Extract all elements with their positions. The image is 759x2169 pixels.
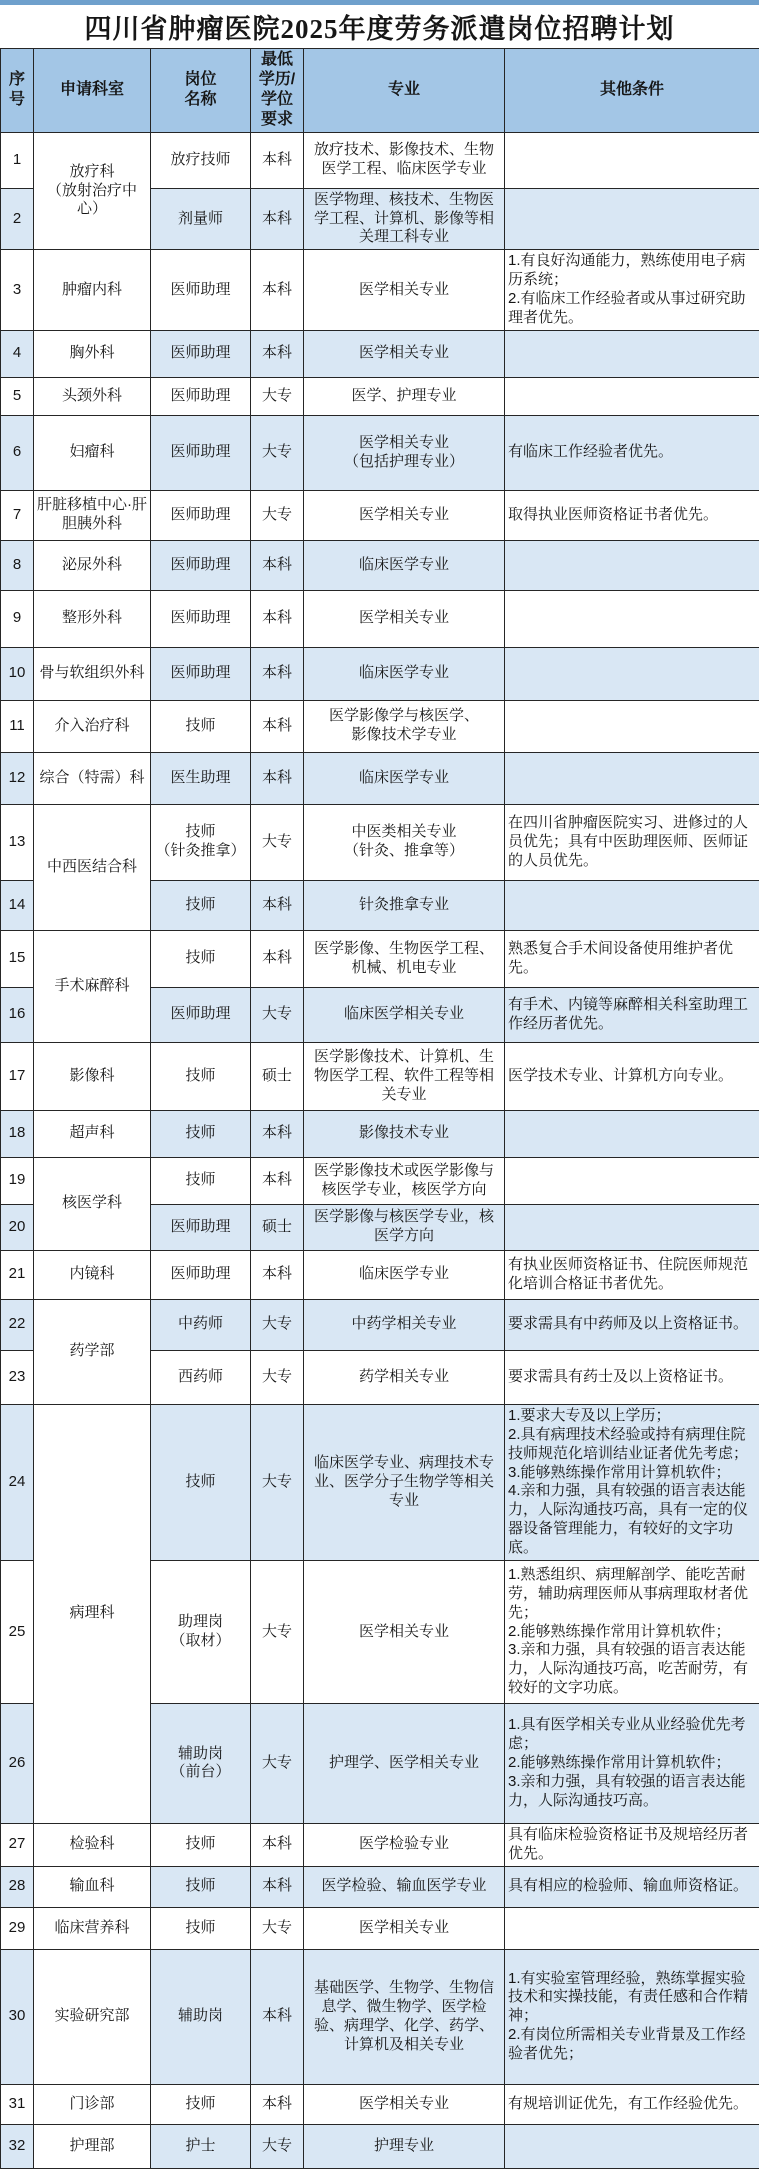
conditions-cell: [505, 1110, 759, 1157]
education-cell: 大专: [251, 415, 304, 490]
department-cell: 临床营养科: [34, 1907, 151, 1949]
row-number: 15: [1, 930, 34, 987]
department-cell: 整形外科: [34, 590, 151, 647]
table-row: 29临床营养科技师大专医学相关专业: [1, 1907, 759, 1949]
table-header: 序号 申请科室 岗位 名称 最低 学历/ 学位 要求 专业 其他条件: [1, 49, 759, 133]
row-number: 1: [1, 132, 34, 188]
department-cell: 肿瘤内科: [34, 250, 151, 331]
row-number: 4: [1, 330, 34, 377]
table-row: 1放疗科 （放射治疗中心）放疗技师本科放疗技术、影像技术、生物医学工程、临床医学…: [1, 132, 759, 188]
col-header-no: 序号: [1, 49, 34, 133]
conditions-cell: 1.要求大专及以上学历； 2.具有病理技术经验或持有病理住院技师规范化培训结业证…: [505, 1404, 759, 1560]
conditions-cell: 有临床工作经验者优先。: [505, 415, 759, 490]
education-cell: 硕士: [251, 1042, 304, 1110]
major-cell: 医学相关专业: [304, 1907, 505, 1949]
education-cell: 本科: [251, 1866, 304, 1907]
department-cell: 综合（特需）科: [34, 752, 151, 804]
major-cell: 针灸推拿专业: [304, 880, 505, 930]
recruitment-table: 序号 申请科室 岗位 名称 最低 学历/ 学位 要求 专业 其他条件 1放疗科 …: [0, 48, 759, 2169]
row-number: 23: [1, 1350, 34, 1404]
education-cell: 本科: [251, 880, 304, 930]
position-cell: 放疗技师: [151, 132, 251, 188]
position-cell: 医师助理: [151, 490, 251, 540]
row-number: 17: [1, 1042, 34, 1110]
position-cell: 技师: [151, 1907, 251, 1949]
position-cell: 医师助理: [151, 250, 251, 331]
row-number: 14: [1, 880, 34, 930]
conditions-cell: [505, 132, 759, 188]
conditions-cell: [505, 188, 759, 250]
position-cell: 技师: [151, 880, 251, 930]
table-row: 3肿瘤内科医师助理本科医学相关专业1.有良好沟通能力，熟练使用电子病历系统； 2…: [1, 250, 759, 331]
table-row: 6妇瘤科医师助理大专医学相关专业 （包括护理专业）有临床工作经验者优先。: [1, 415, 759, 490]
position-cell: 医师助理: [151, 540, 251, 590]
col-header-conditions: 其他条件: [505, 49, 759, 133]
major-cell: 医学影像技术、计算机、生物医学工程、软件工程等相关专业: [304, 1042, 505, 1110]
row-number: 10: [1, 647, 34, 700]
conditions-cell: [505, 377, 759, 415]
row-number: 32: [1, 2124, 34, 2168]
row-number: 27: [1, 1823, 34, 1866]
department-cell: 骨与软组织外科: [34, 647, 151, 700]
department-cell: 护理部: [34, 2124, 151, 2168]
position-cell: 剂量师: [151, 188, 251, 250]
conditions-cell: 要求需具有中药师及以上资格证书。: [505, 1299, 759, 1350]
major-cell: 医学影像学与核医学、 影像技术学专业: [304, 700, 505, 752]
education-cell: 本科: [251, 1949, 304, 2084]
education-cell: 大专: [251, 1907, 304, 1949]
row-number: 28: [1, 1866, 34, 1907]
major-cell: 临床医学专业: [304, 1250, 505, 1299]
department-cell: 放疗科 （放射治疗中心）: [34, 132, 151, 250]
conditions-cell: [505, 330, 759, 377]
major-cell: 医学相关专业 （包括护理专业）: [304, 415, 505, 490]
major-cell: 临床医学专业: [304, 752, 505, 804]
table-row: 21内镜科医师助理本科临床医学专业有执业医师资格证书、住院医师规范化培训合格证书…: [1, 1250, 759, 1299]
row-number: 2: [1, 188, 34, 250]
major-cell: 临床医学相关专业: [304, 987, 505, 1042]
department-cell: 头颈外科: [34, 377, 151, 415]
major-cell: 药学相关专业: [304, 1350, 505, 1404]
education-cell: 大专: [251, 1703, 304, 1823]
conditions-cell: [505, 880, 759, 930]
department-cell: 泌尿外科: [34, 540, 151, 590]
department-cell: 介入治疗科: [34, 700, 151, 752]
major-cell: 护理专业: [304, 2124, 505, 2168]
position-cell: 医生助理: [151, 752, 251, 804]
conditions-cell: 1.具有医学相关专业从业经验优先考虑； 2.能够熟练操作常用计算机软件； 3.亲…: [505, 1703, 759, 1823]
row-number: 24: [1, 1404, 34, 1560]
row-number: 12: [1, 752, 34, 804]
position-cell: 医师助理: [151, 647, 251, 700]
major-cell: 护理学、医学相关专业: [304, 1703, 505, 1823]
conditions-cell: [505, 1204, 759, 1250]
row-number: 9: [1, 590, 34, 647]
table-row: 28输血科技师本科医学检验、输血医学专业具有相应的检验师、输血师资格证。: [1, 1866, 759, 1907]
major-cell: 医学相关专业: [304, 330, 505, 377]
position-cell: 技师: [151, 1042, 251, 1110]
major-cell: 医学影像与核医学专业，核医学方向: [304, 1204, 505, 1250]
conditions-cell: 有规培训证优先，有工作经验优先。: [505, 2084, 759, 2124]
position-cell: 技师: [151, 1157, 251, 1204]
conditions-cell: 熟悉复合手术间设备使用维护者优先。: [505, 930, 759, 987]
position-cell: 医师助理: [151, 330, 251, 377]
position-cell: 技师: [151, 700, 251, 752]
table-row: 22药学部中药师大专中药学相关专业要求需具有中药师及以上资格证书。: [1, 1299, 759, 1350]
department-cell: 病理科: [34, 1404, 151, 1823]
conditions-cell: 1.有实验室管理经验，熟练掌握实验技术和实操技能，有责任感和合作精神； 2.有岗…: [505, 1949, 759, 2084]
conditions-cell: 具有相应的检验师、输血师资格证。: [505, 1866, 759, 1907]
major-cell: 医学、护理专业: [304, 377, 505, 415]
table-row: 31门诊部技师本科医学相关专业有规培训证优先，有工作经验优先。: [1, 2084, 759, 2124]
major-cell: 临床医学专业: [304, 540, 505, 590]
department-cell: 中西医结合科: [34, 804, 151, 930]
conditions-cell: 在四川省肿瘤医院实习、进修过的人员优先；具有中医助理医师、医师证的人员优先。: [505, 804, 759, 880]
row-number: 16: [1, 987, 34, 1042]
table-row: 7肝脏移植中心·肝胆胰外科医师助理大专医学相关专业取得执业医师资格证书者优先。: [1, 490, 759, 540]
position-cell: 技师: [151, 1866, 251, 1907]
position-cell: 医师助理: [151, 590, 251, 647]
major-cell: 临床医学专业: [304, 647, 505, 700]
conditions-cell: [505, 700, 759, 752]
position-cell: 医师助理: [151, 1204, 251, 1250]
row-number: 26: [1, 1703, 34, 1823]
major-cell: 基础医学、生物学、生物信息学、微生物学、医学检验、病理学、化学、药学、计算机及相…: [304, 1949, 505, 2084]
conditions-cell: 有手术、内镜等麻醉相关科室助理工作经历者优先。: [505, 987, 759, 1042]
conditions-cell: 医学技术专业、计算机方向专业。: [505, 1042, 759, 1110]
page-title: 四川省肿瘤医院2025年度劳务派遣岗位招聘计划: [85, 7, 675, 46]
col-header-education: 最低 学历/ 学位 要求: [251, 49, 304, 133]
education-cell: 本科: [251, 752, 304, 804]
row-number: 6: [1, 415, 34, 490]
major-cell: 医学影像技术或医学影像与核医学专业，核医学方向: [304, 1157, 505, 1204]
department-cell: 胸外科: [34, 330, 151, 377]
table-row: 9整形外科医师助理本科医学相关专业: [1, 590, 759, 647]
table-row: 11介入治疗科技师本科医学影像学与核医学、 影像技术学专业: [1, 700, 759, 752]
row-number: 21: [1, 1250, 34, 1299]
major-cell: 医学检验专业: [304, 1823, 505, 1866]
row-number: 3: [1, 250, 34, 331]
table-row: 12综合（特需）科医生助理本科临床医学专业: [1, 752, 759, 804]
education-cell: 大专: [251, 1404, 304, 1560]
department-cell: 门诊部: [34, 2084, 151, 2124]
education-cell: 大专: [251, 987, 304, 1042]
table-row: 5头颈外科医师助理大专医学、护理专业: [1, 377, 759, 415]
education-cell: 大专: [251, 804, 304, 880]
position-cell: 技师: [151, 2084, 251, 2124]
position-cell: 技师: [151, 1110, 251, 1157]
education-cell: 大专: [251, 1560, 304, 1703]
conditions-cell: [505, 752, 759, 804]
table-row: 32护理部护士大专护理专业: [1, 2124, 759, 2168]
department-cell: 药学部: [34, 1299, 151, 1404]
conditions-cell: 1.熟悉组织、病理解剖学、能吃苦耐劳，辅助病理医师从事病理取材者优先； 2.能够…: [505, 1560, 759, 1703]
department-cell: 妇瘤科: [34, 415, 151, 490]
department-cell: 手术麻醉科: [34, 930, 151, 1042]
education-cell: 本科: [251, 330, 304, 377]
row-number: 20: [1, 1204, 34, 1250]
table-row: 30实验研究部辅助岗本科基础医学、生物学、生物信息学、微生物学、医学检验、病理学…: [1, 1949, 759, 2084]
department-cell: 超声科: [34, 1110, 151, 1157]
department-cell: 实验研究部: [34, 1949, 151, 2084]
department-cell: 核医学科: [34, 1157, 151, 1250]
conditions-cell: 取得执业医师资格证书者优先。: [505, 490, 759, 540]
education-cell: 本科: [251, 250, 304, 331]
row-number: 13: [1, 804, 34, 880]
conditions-cell: [505, 1907, 759, 1949]
table-row: 18超声科技师本科影像技术专业: [1, 1110, 759, 1157]
conditions-cell: [505, 540, 759, 590]
position-cell: 技师: [151, 1823, 251, 1866]
conditions-cell: 具有临床检验资格证书及规培经历者优先。: [505, 1823, 759, 1866]
education-cell: 本科: [251, 132, 304, 188]
major-cell: 放疗技术、影像技术、生物医学工程、临床医学专业: [304, 132, 505, 188]
major-cell: 中药学相关专业: [304, 1299, 505, 1350]
table-row: 19核医学科技师本科医学影像技术或医学影像与核医学专业，核医学方向: [1, 1157, 759, 1204]
col-header-department: 申请科室: [34, 49, 151, 133]
row-number: 7: [1, 490, 34, 540]
conditions-cell: 有执业医师资格证书、住院医师规范化培训合格证书者优先。: [505, 1250, 759, 1299]
position-cell: 护士: [151, 2124, 251, 2168]
major-cell: 临床医学专业、病理技术专业、医学分子生物学等相关专业: [304, 1404, 505, 1560]
table-row: 13中西医结合科技师 （针灸推拿）大专中医类相关专业 （针灸、推拿等）在四川省肿…: [1, 804, 759, 880]
education-cell: 大专: [251, 2124, 304, 2168]
position-cell: 西药师: [151, 1350, 251, 1404]
department-cell: 影像科: [34, 1042, 151, 1110]
education-cell: 本科: [251, 2084, 304, 2124]
major-cell: 医学相关专业: [304, 490, 505, 540]
table-row: 8泌尿外科医师助理本科临床医学专业: [1, 540, 759, 590]
table-row: 10骨与软组织外科医师助理本科临床医学专业: [1, 647, 759, 700]
major-cell: 医学相关专业: [304, 2084, 505, 2124]
department-cell: 检验科: [34, 1823, 151, 1866]
row-number: 11: [1, 700, 34, 752]
major-cell: 医学影像、生物医学工程、机械、机电专业: [304, 930, 505, 987]
education-cell: 大专: [251, 490, 304, 540]
row-number: 25: [1, 1560, 34, 1703]
education-cell: 本科: [251, 590, 304, 647]
conditions-cell: 1.有良好沟通能力，熟练使用电子病历系统； 2.有临床工作经验者或从事过研究助理…: [505, 250, 759, 331]
education-cell: 大专: [251, 1299, 304, 1350]
conditions-cell: [505, 590, 759, 647]
major-cell: 医学物理、核技术、生物医学工程、计算机、影像等相关理工科专业: [304, 188, 505, 250]
conditions-cell: [505, 647, 759, 700]
position-cell: 医师助理: [151, 987, 251, 1042]
row-number: 18: [1, 1110, 34, 1157]
education-cell: 本科: [251, 700, 304, 752]
table-row: 15手术麻醉科技师本科医学影像、生物医学工程、机械、机电专业熟悉复合手术间设备使…: [1, 930, 759, 987]
position-cell: 中药师: [151, 1299, 251, 1350]
major-cell: 医学相关专业: [304, 590, 505, 647]
major-cell: 中医类相关专业 （针灸、推拿等）: [304, 804, 505, 880]
education-cell: 大专: [251, 1350, 304, 1404]
table-row: 27检验科技师本科医学检验专业具有临床检验资格证书及规培经历者优先。: [1, 1823, 759, 1866]
education-cell: 本科: [251, 1110, 304, 1157]
major-cell: 医学检验、输血医学专业: [304, 1866, 505, 1907]
row-number: 22: [1, 1299, 34, 1350]
major-cell: 医学相关专业: [304, 1560, 505, 1703]
education-cell: 本科: [251, 188, 304, 250]
position-cell: 医师助理: [151, 1250, 251, 1299]
position-cell: 医师助理: [151, 377, 251, 415]
education-cell: 本科: [251, 647, 304, 700]
position-cell: 助理岗 （取材）: [151, 1560, 251, 1703]
education-cell: 大专: [251, 377, 304, 415]
row-number: 29: [1, 1907, 34, 1949]
row-number: 19: [1, 1157, 34, 1204]
table-body: 1放疗科 （放射治疗中心）放疗技师本科放疗技术、影像技术、生物医学工程、临床医学…: [1, 132, 759, 2168]
row-number: 8: [1, 540, 34, 590]
education-cell: 本科: [251, 1250, 304, 1299]
position-cell: 技师: [151, 1404, 251, 1560]
education-cell: 硕士: [251, 1204, 304, 1250]
conditions-cell: [505, 1157, 759, 1204]
conditions-cell: [505, 2124, 759, 2168]
position-cell: 辅助岗: [151, 1949, 251, 2084]
conditions-cell: 要求需具有药士及以上资格证书。: [505, 1350, 759, 1404]
position-cell: 技师: [151, 930, 251, 987]
table-row: 17影像科技师硕士医学影像技术、计算机、生物医学工程、软件工程等相关专业医学技术…: [1, 1042, 759, 1110]
major-cell: 影像技术专业: [304, 1110, 505, 1157]
title-bar: 四川省肿瘤医院2025年度劳务派遣岗位招聘计划: [0, 5, 759, 48]
position-cell: 医师助理: [151, 415, 251, 490]
col-header-major: 专业: [304, 49, 505, 133]
table-row: 4胸外科医师助理本科医学相关专业: [1, 330, 759, 377]
row-number: 31: [1, 2084, 34, 2124]
education-cell: 本科: [251, 540, 304, 590]
department-cell: 输血科: [34, 1866, 151, 1907]
col-header-position: 岗位 名称: [151, 49, 251, 133]
major-cell: 医学相关专业: [304, 250, 505, 331]
position-cell: 辅助岗 （前台）: [151, 1703, 251, 1823]
row-number: 5: [1, 377, 34, 415]
department-cell: 内镜科: [34, 1250, 151, 1299]
education-cell: 本科: [251, 1157, 304, 1204]
department-cell: 肝脏移植中心·肝胆胰外科: [34, 490, 151, 540]
row-number: 30: [1, 1949, 34, 2084]
education-cell: 本科: [251, 930, 304, 987]
position-cell: 技师 （针灸推拿）: [151, 804, 251, 880]
table-row: 24病理科技师大专临床医学专业、病理技术专业、医学分子生物学等相关专业1.要求大…: [1, 1404, 759, 1560]
education-cell: 本科: [251, 1823, 304, 1866]
